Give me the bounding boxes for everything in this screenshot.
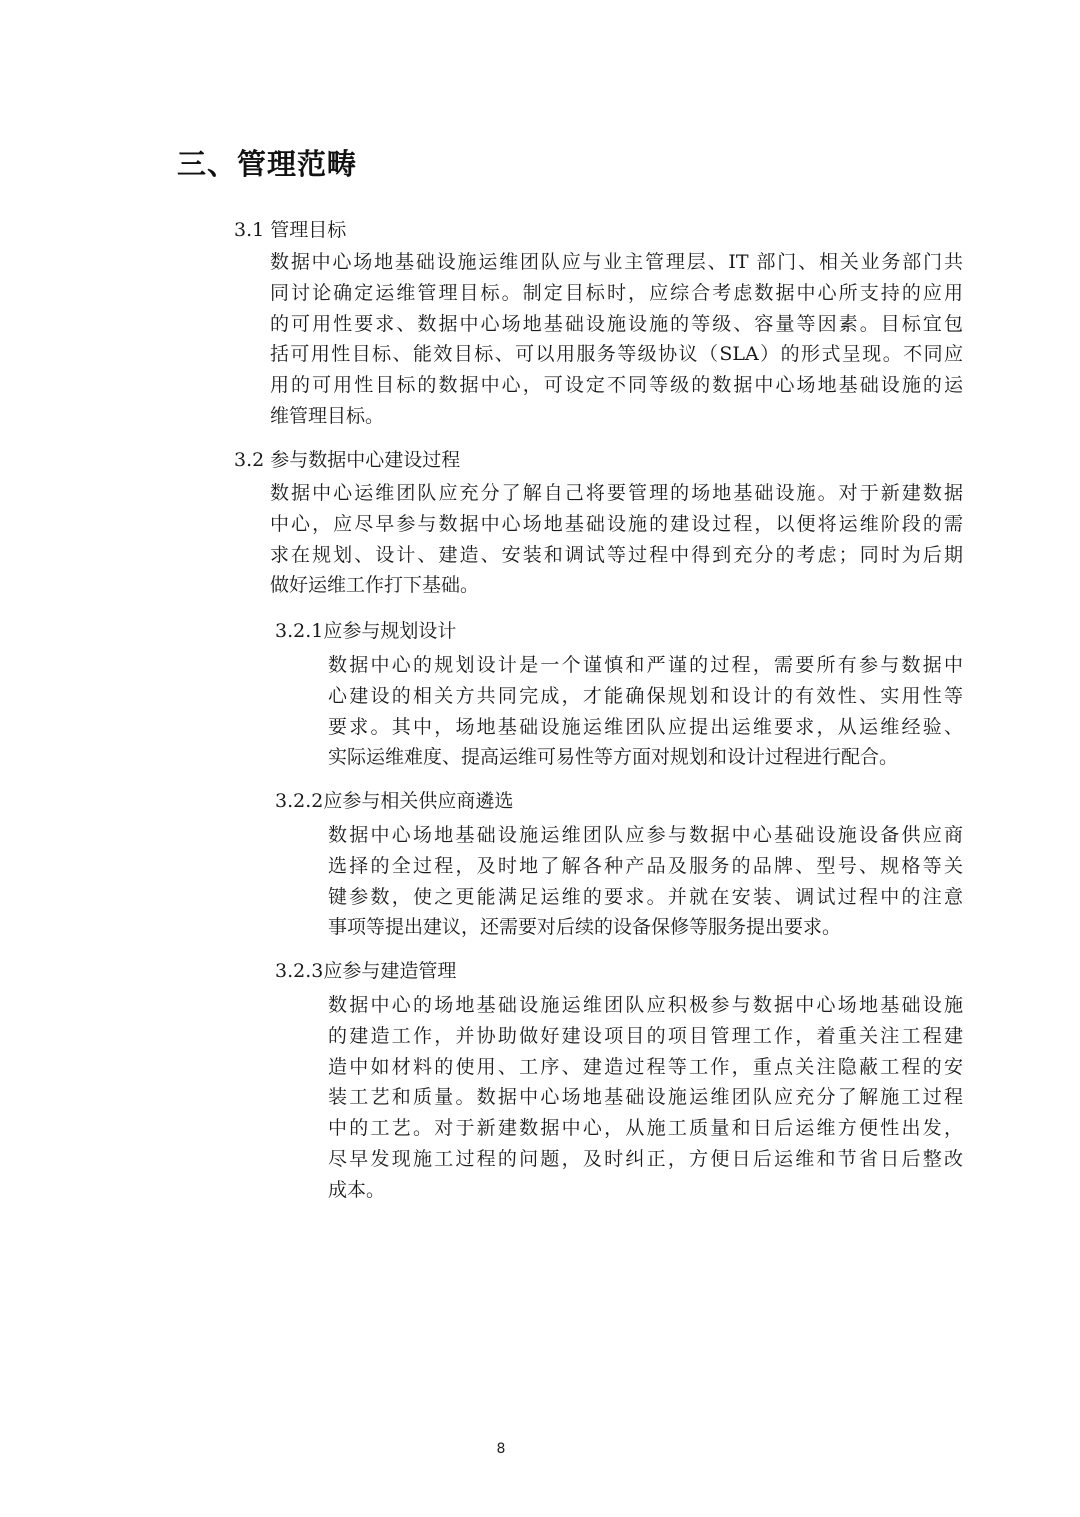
paragraph-line: 心建设的相关方共同完成，才能确保规划和设计的有效性、实用性等	[328, 681, 963, 712]
subsection-3-2-2-paragraph: 数据中心场地基础设施运维团队应参与数据中心基础设施设备供应商 选择的全过程，及时…	[328, 820, 963, 943]
paragraph-line: 的可用性要求、数据中心场地基础设施设施的等级、容量等因素。目标宜包	[270, 309, 963, 340]
paragraph-line: 括可用性目标、能效目标、可以用服务等级协议（SLA）的形式呈现。不同应	[270, 339, 963, 370]
paragraph-line: 中的工艺。对于新建数据中心，从施工质量和日后运维方便性出发，	[328, 1113, 963, 1144]
paragraph-line: 数据中心场地基础设施运维团队应与业主管理层、IT 部门、相关业务部门共	[270, 247, 963, 278]
section-3-1-paragraph: 数据中心场地基础设施运维团队应与业主管理层、IT 部门、相关业务部门共 同讨论确…	[270, 247, 963, 432]
paragraph-line: 实际运维难度、提高运维可易性等方面对规划和设计过程进行配合。	[328, 742, 963, 773]
paragraph-line: 尽早发现施工过程的问题，及时纠正，方便日后运维和节省日后整改	[328, 1144, 963, 1175]
subsection-3-2-3-paragraph: 数据中心的场地基础设施运维团队应积极参与数据中心场地基础设施 的建造工作，并协助…	[328, 990, 963, 1206]
subsection-heading-3-2-1: 3.2.1应参与规划设计	[275, 616, 456, 646]
page-number: 8	[0, 1441, 1002, 1457]
paragraph-line: 数据中心的场地基础设施运维团队应积极参与数据中心场地基础设施	[328, 990, 963, 1021]
paragraph-line: 做好运维工作打下基础。	[270, 570, 963, 601]
paragraph-line: 键参数，使之更能满足运维的要求。并就在安装、调试过程中的注意	[328, 882, 963, 913]
paragraph-line: 要求。其中，场地基础设施运维团队应提出运维要求，从运维经验、	[328, 712, 963, 743]
paragraph-line: 用的可用性目标的数据中心，可设定不同等级的数据中心场地基础设施的运	[270, 370, 963, 401]
paragraph-line: 选择的全过程，及时地了解各种产品及服务的品牌、型号、规格等关	[328, 851, 963, 882]
chapter-title: 三、管理范畴	[177, 143, 357, 185]
paragraph-line: 中心，应尽早参与数据中心场地基础设施的建设过程，以便将运维阶段的需	[270, 509, 963, 540]
paragraph-line: 成本。	[328, 1175, 963, 1206]
paragraph-line: 数据中心场地基础设施运维团队应参与数据中心基础设施设备供应商	[328, 820, 963, 851]
subsection-heading-3-2-3: 3.2.3应参与建造管理	[275, 956, 456, 986]
document-page: 三、管理范畴 3.1 管理目标 数据中心场地基础设施运维团队应与业主管理层、IT…	[0, 0, 1080, 1517]
subsection-3-2-1-paragraph: 数据中心的规划设计是一个谨慎和严谨的过程，需要所有参与数据中 心建设的相关方共同…	[328, 650, 963, 773]
paragraph-line: 数据中心的规划设计是一个谨慎和严谨的过程，需要所有参与数据中	[328, 650, 963, 681]
paragraph-line: 事项等提出建议，还需要对后续的设备保修等服务提出要求。	[328, 912, 963, 943]
section-heading-3-2: 3.2 参与数据中心建设过程	[234, 445, 460, 475]
paragraph-line: 装工艺和质量。数据中心场地基础设施运维团队应充分了解施工过程	[328, 1082, 963, 1113]
paragraph-line: 维管理目标。	[270, 401, 963, 432]
section-3-2-paragraph: 数据中心运维团队应充分了解自己将要管理的场地基础设施。对于新建数据 中心，应尽早…	[270, 478, 963, 601]
section-heading-3-1: 3.1 管理目标	[234, 215, 346, 245]
subsection-heading-3-2-2: 3.2.2应参与相关供应商遴选	[275, 786, 513, 816]
paragraph-line: 数据中心运维团队应充分了解自己将要管理的场地基础设施。对于新建数据	[270, 478, 963, 509]
paragraph-line: 求在规划、设计、建造、安装和调试等过程中得到充分的考虑；同时为后期	[270, 540, 963, 571]
paragraph-line: 同讨论确定运维管理目标。制定目标时，应综合考虑数据中心所支持的应用	[270, 278, 963, 309]
paragraph-line: 造中如材料的使用、工序、建造过程等工作，重点关注隐蔽工程的安	[328, 1052, 963, 1083]
paragraph-line: 的建造工作，并协助做好建设项目的项目管理工作，着重关注工程建	[328, 1021, 963, 1052]
